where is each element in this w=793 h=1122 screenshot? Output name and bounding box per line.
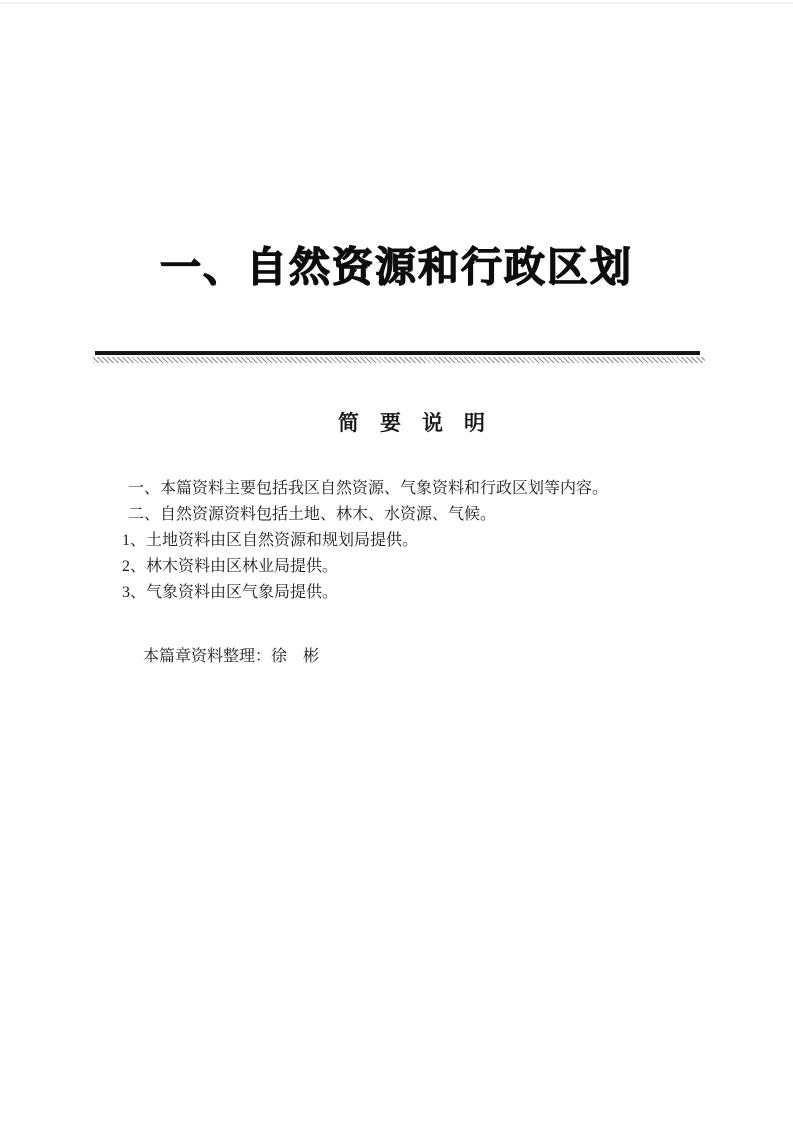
- note-line: 1、土地资料由区自然资源和规划局提供。: [95, 528, 733, 554]
- note-line: 3、气象资料由区气象局提供。: [95, 580, 733, 606]
- notes-block: 一、本篇资料主要包括我区自然资源、气象资料和行政区划等内容。 二、自然资源资料包…: [95, 476, 733, 606]
- note-line: 一、本篇资料主要包括我区自然资源、气象资料和行政区划等内容。: [95, 476, 733, 502]
- section-heading: 简 要 说 明: [15, 411, 793, 437]
- document-page: 一、自然资源和行政区划 简 要 说 明 一、本篇资料主要包括我区自然资源、气象资…: [0, 0, 793, 1122]
- rule-top-bar: [95, 351, 700, 355]
- chapter-title: 一、自然资源和行政区划: [0, 246, 793, 289]
- note-line: 2、林木资料由区林业局提供。: [95, 554, 733, 580]
- decorative-rule: [95, 351, 700, 363]
- note-line: 二、自然资源资料包括土地、林木、水资源、气候。: [95, 502, 733, 528]
- scan-edge-artifact: [0, 2, 793, 4]
- rule-hatch-band: [93, 357, 705, 363]
- compiler-credit: 本篇章资料整理：徐 彬: [143, 644, 319, 670]
